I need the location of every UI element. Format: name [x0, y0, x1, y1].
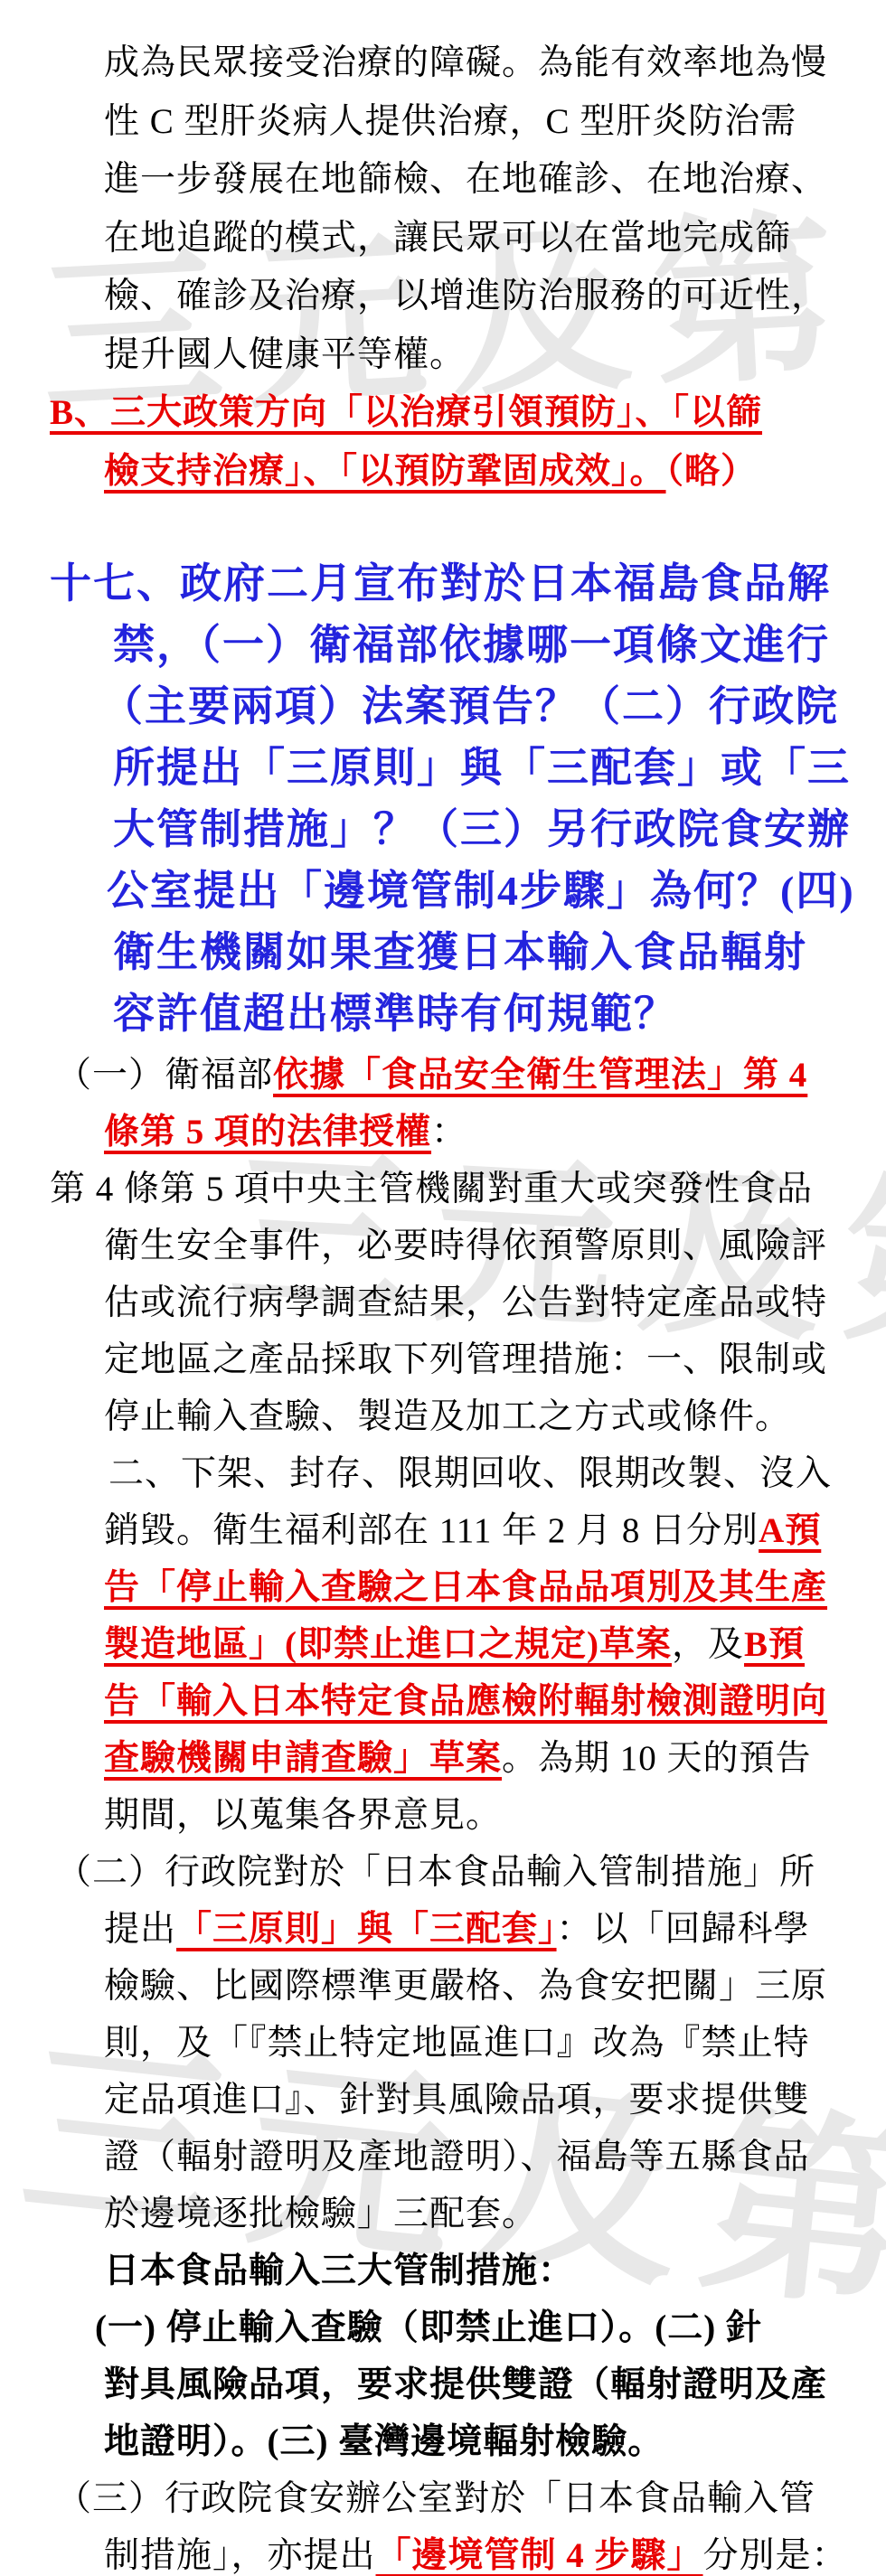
- text-segment: 衛生機關如果查獲日本輸入食品輻射: [113, 929, 807, 975]
- text-line: 十七、政府二月宣布對於日本福島食品解: [50, 560, 831, 608]
- text-segment: 地證明）。(三) 臺灣邊境輻射檢驗。: [104, 2422, 664, 2461]
- text-line: 檢驗、比國際標準更嚴格、為食安把關」三原: [104, 1967, 827, 2007]
- text-segment: 容許值超出標準時有何規範？: [113, 991, 677, 1037]
- text-line: 提升國人健康平等權。: [104, 335, 466, 376]
- text-line: 進一步發展在地篩檢、在地確診、在地治療、: [104, 160, 827, 201]
- text-segment: 大管制措施」？（三）另行政院食安辦: [113, 806, 851, 852]
- text-segment: 衛生安全事件，必要時得依預警原則、風險評: [104, 1227, 827, 1265]
- text-segment: 二、下架、封存、限期回收、限期改製、沒入: [108, 1454, 832, 1493]
- document-page: 三元及第三元及第三元及第成為民眾接受治療的障礙。為能有效率地為慢性 C 型肝炎病…: [0, 0, 886, 2576]
- text-segment: 證（輻射證明及產地證明）、福島等五縣食品: [104, 2138, 810, 2176]
- text-segment: 所提出「三原則」與「三配套」或「三: [113, 745, 851, 791]
- text-line: 期間，以蒐集各界意見。: [104, 1796, 502, 1837]
- text-segment: 日本食品輸入三大管制措施：: [104, 2252, 574, 2290]
- text-segment: 「邊境管制 4 步驟」: [376, 2536, 703, 2575]
- text-segment: ：以「回歸科學: [557, 1910, 810, 1949]
- text-line: 銷毀。衛生福利部在 111 年 2 月 8 日分別A預: [104, 1511, 821, 1552]
- text-segment: B預: [744, 1625, 805, 1664]
- text-line: (一) 停止輸入查驗（即禁止進口）。(二) 針: [95, 2308, 762, 2349]
- text-segment: 分別是：: [703, 2536, 848, 2575]
- text-segment: 檢支持治療」、「以預防鞏固成效」。: [104, 452, 666, 491]
- text-segment: (一) 停止輸入查驗（即禁止進口）。(二) 針: [95, 2308, 762, 2347]
- text-segment: 在地追蹤的模式，讓民眾可以在當地完成篩: [104, 219, 791, 258]
- text-segment: 檢驗、比國際標準更嚴格、為食安把關」三原: [104, 1967, 827, 2006]
- text-segment: 成為民眾接受治療的障礙。為能有效率地為慢: [104, 43, 827, 82]
- text-line: 對具風險品項，要求提供雙證（輻射證明及產: [104, 2365, 827, 2406]
- text-segment: 條第 5 項的法律授權: [104, 1113, 431, 1152]
- text-line: 二、下架、封存、限期回收、限期改製、沒入: [108, 1454, 832, 1495]
- text-segment: 第 4 條第 5 項中央主管機關對重大或突發性食品: [50, 1170, 813, 1208]
- text-line: 禁，（一）衛福部依據哪一項條文進行: [113, 622, 830, 670]
- text-segment: 禁，（一）衛福部依據哪一項條文進行: [113, 622, 830, 668]
- text-line: 定品項進口』、針對具風險品項，要求提供雙: [104, 2081, 810, 2121]
- text-segment: （略）: [666, 452, 758, 491]
- text-line: 估或流行病學調查結果，公告對特定產品或特: [104, 1283, 827, 1324]
- text-line: 地證明）。(三) 臺灣邊境輻射檢驗。: [104, 2422, 664, 2463]
- text-segment: 停止輸入查驗、製造及加工之方式或條件。: [104, 1397, 791, 1436]
- text-line: 衛生安全事件，必要時得依預警原則、風險評: [104, 1227, 827, 1267]
- text-line: 製造地區」(即禁止進口之規定)草案，及B預: [104, 1625, 805, 1666]
- text-segment: 進一步發展在地篩檢、在地確診、在地治療、: [104, 160, 827, 199]
- text-line: 條第 5 項的法律授權：: [104, 1113, 467, 1153]
- text-line: （一）衛福部依據「食品安全衛生管理法」第 4: [56, 1056, 807, 1096]
- text-segment: 查驗機關申請查驗」草案: [104, 1739, 502, 1778]
- text-segment: 定地區之產品採取下列管理措施：一、限制或: [104, 1340, 827, 1379]
- text-line: 證（輻射證明及產地證明）、福島等五縣食品: [104, 2138, 810, 2178]
- text-segment: 於邊境逐批檢驗」三配套。: [104, 2195, 538, 2233]
- text-segment: 公室提出「邊境管制4步驟」為何？(四): [107, 868, 855, 914]
- text-line: 在地追蹤的模式，讓民眾可以在當地完成篩: [104, 219, 791, 259]
- text-segment: 估或流行病學調查結果，公告對特定產品或特: [104, 1283, 827, 1322]
- text-segment: 製造地區」(即禁止進口之規定)草案: [104, 1625, 672, 1664]
- text-line: 檢、確診及治療，以增進防治服務的可近性，: [104, 277, 827, 317]
- text-line: 容許值超出標準時有何規範？: [113, 991, 677, 1039]
- text-segment: 對具風險品項，要求提供雙證（輻射證明及產: [104, 2365, 827, 2404]
- text-segment: 告「停止輸入查驗之日本食品品項別及其生產: [104, 1568, 827, 1607]
- text-segment: 提升國人健康平等權。: [104, 335, 466, 374]
- text-segment: 十七、政府二月宣布對於日本福島食品解: [50, 560, 831, 606]
- text-segment: （二）行政院對於「日本食品輸入管制措施」所: [56, 1853, 815, 1892]
- text-segment: 。為期 10 天的預告: [502, 1739, 812, 1778]
- text-segment: 檢、確診及治療，以增進防治服務的可近性，: [104, 277, 827, 315]
- text-line: 日本食品輸入三大管制措施：: [104, 2252, 574, 2292]
- text-line: 提出「三原則」與「三配套」：以「回歸科學: [104, 1910, 810, 1951]
- text-segment: 提出: [104, 1910, 176, 1949]
- text-line: 定地區之產品採取下列管理措施：一、限制或: [104, 1340, 827, 1381]
- text-line: 大管制措施」？（三）另行政院食安辦: [113, 806, 851, 854]
- text-line: 告「停止輸入查驗之日本食品品項別及其生產: [104, 1568, 827, 1609]
- text-line: 於邊境逐批檢驗」三配套。: [104, 2195, 538, 2235]
- text-segment: （主要兩項）法案預告？（二）行政院: [101, 683, 839, 729]
- text-segment: 告「輸入日本特定食品應檢附輻射檢測證明向: [104, 1682, 827, 1721]
- text-segment: 依據「食品安全衛生管理法」第 4: [273, 1056, 807, 1095]
- text-segment: 定品項進口』、針對具風險品項，要求提供雙: [104, 2081, 810, 2120]
- text-line: （三）行政院食安辦公室對於「日本食品輸入管: [56, 2479, 815, 2520]
- text-line: 衛生機關如果查獲日本輸入食品輻射: [113, 929, 807, 977]
- text-line: （主要兩項）法案預告？（二）行政院: [101, 683, 839, 731]
- text-segment: B、三大政策方向「以治療引領預防」、「以篩: [50, 393, 762, 432]
- text-segment: （三）行政院食安辦公室對於「日本食品輸入管: [56, 2479, 815, 2518]
- text-line: 性 C 型肝炎病人提供治療，C 型肝炎防治需: [104, 102, 796, 143]
- text-line: 檢支持治療」、「以預防鞏固成效」。（略）: [104, 452, 757, 493]
- text-line: 停止輸入查驗、製造及加工之方式或條件。: [104, 1397, 791, 1438]
- text-line: 所提出「三原則」與「三配套」或「三: [113, 745, 851, 793]
- text-line: 查驗機關申請查驗」草案。為期 10 天的預告: [104, 1739, 812, 1780]
- text-line: B、三大政策方向「以治療引領預防」、「以篩: [50, 393, 762, 434]
- text-segment: （一）衛福部: [56, 1056, 273, 1095]
- text-segment: A預: [759, 1511, 821, 1550]
- text-segment: 性 C 型肝炎病人提供治療，C 型肝炎防治需: [104, 102, 796, 141]
- text-segment: 「三原則」與「三配套」: [176, 1910, 557, 1949]
- text-line: 第 4 條第 5 項中央主管機關對重大或突發性食品: [50, 1170, 813, 1210]
- text-segment: 銷毀。衛生福利部在 111 年 2 月 8 日分別: [104, 1511, 759, 1550]
- text-segment: 則，及「『禁止特定地區進口』改為『禁止特: [104, 2024, 810, 2063]
- text-line: （二）行政院對於「日本食品輸入管制措施」所: [56, 1853, 815, 1894]
- text-line: 成為民眾接受治療的障礙。為能有效率地為慢: [104, 43, 827, 84]
- text-segment: 期間，以蒐集各界意見。: [104, 1796, 502, 1835]
- text-segment: 制措施」，亦提出: [104, 2536, 376, 2575]
- text-line: 制措施」，亦提出「邊境管制 4 步驟」分別是：: [104, 2536, 848, 2576]
- text-segment: ，及: [672, 1625, 744, 1664]
- text-line: 則，及「『禁止特定地區進口』改為『禁止特: [104, 2024, 810, 2064]
- text-segment: ：: [431, 1113, 467, 1152]
- text-line: 告「輸入日本特定食品應檢附輻射檢測證明向: [104, 1682, 827, 1723]
- text-line: 公室提出「邊境管制4步驟」為何？(四): [107, 868, 855, 916]
